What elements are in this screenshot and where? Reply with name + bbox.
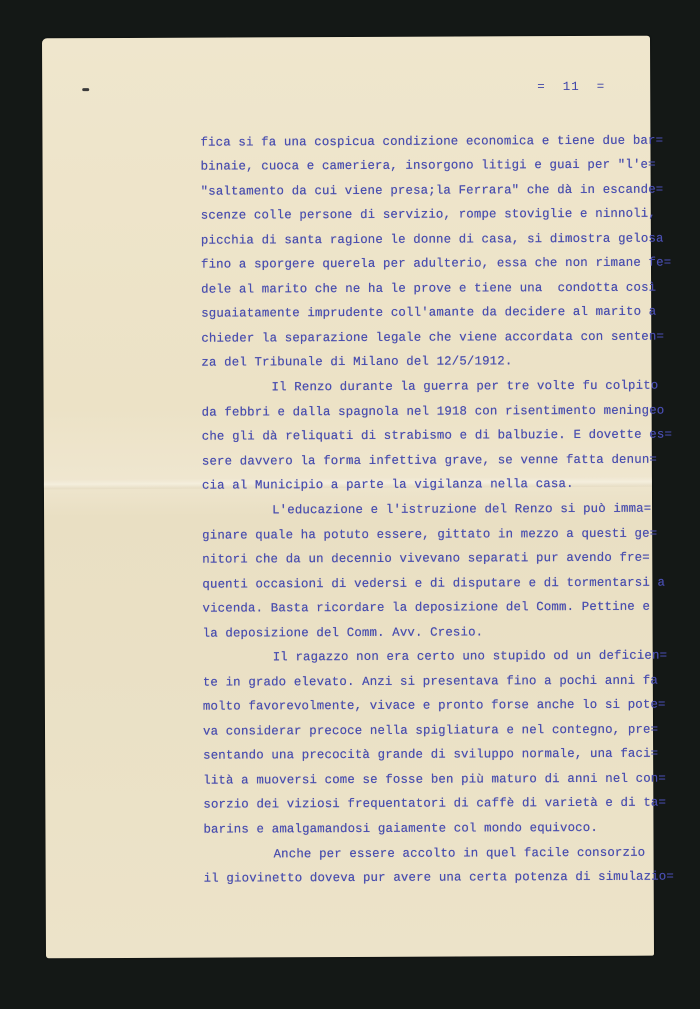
text-line: sorzio dei viziosi frequentatori di caff… [203, 796, 666, 812]
text-line: sentando una precocità grande di svilupp… [203, 747, 658, 763]
text-line: picchia di santa ragione le donne di cas… [201, 232, 664, 248]
text-line: la deposizione del Comm. Avv. Cresio. [203, 625, 484, 640]
text-line: binaie, cuoca e cameriera, insorgono lit… [201, 158, 656, 174]
text-line: fino a sporgere querela per adulterio, e… [201, 256, 671, 272]
page-number: = 11 = [537, 80, 605, 94]
text-line: sere davvero la forma infettiva grave, s… [202, 453, 657, 469]
punch-mark [82, 88, 89, 91]
text-line: molto favorevolmente, vivace e pronto fo… [203, 698, 666, 714]
text-line: ginare quale ha potuto essere, gittato i… [202, 527, 657, 543]
text-line: da febbri e dalla spagnola nel 1918 con … [202, 404, 665, 420]
paragraph-first-line: Anche per essere accolto in quel facile … [274, 846, 646, 862]
text-line: lità a muoversi come se fosse ben più ma… [203, 772, 666, 788]
text-line: fica si fa una cospicua condizione econo… [200, 134, 663, 150]
text-line: che gli dà reliquati di strabismo e di b… [202, 428, 672, 444]
text-line: sguaiatamente imprudente coll'amante da … [201, 305, 656, 321]
text-line: chieder la separazione legale che viene … [201, 330, 664, 346]
paragraph-first-line: L'educazione e l'istruzione del Renzo si… [272, 502, 651, 518]
text-line: quenti occasioni di vedersi e di disputa… [202, 576, 665, 592]
text-line: il giovinetto doveva pur avere una certa… [204, 870, 674, 886]
paragraph-first-line: Il ragazzo non era certo uno stupido od … [273, 649, 668, 665]
text-line: cia al Municipio a parte la vigilanza ne… [202, 477, 574, 493]
text-line: "saltamento da cui viene presa;la Ferrar… [201, 183, 664, 199]
text-line: barins e amalgamandosi gaiamente col mon… [203, 821, 598, 837]
paragraph-first-line: Il Renzo durante la guerra per tre volte… [271, 379, 658, 395]
text-line: te in grado elevato. Anzi si presentava … [203, 674, 658, 690]
text-line: vicenda. Basta ricordare la deposizione … [202, 600, 650, 616]
document-body: fica si fa una cospicua condizione econo… [42, 36, 650, 39]
text-line: dele al marito che ne ha le prove e tien… [201, 281, 656, 297]
text-line: va considerar precoce nella spigliatura … [203, 723, 658, 739]
text-line: nitori che da un decennio vivevano separ… [202, 551, 650, 567]
text-line: scenze colle persone di servizio, rompe … [201, 207, 656, 223]
typewritten-page: = 11 = fica si fa una cospicua condizion… [42, 36, 654, 959]
text-line: za del Tribunale di Milano del 12/5/1912… [201, 354, 512, 369]
